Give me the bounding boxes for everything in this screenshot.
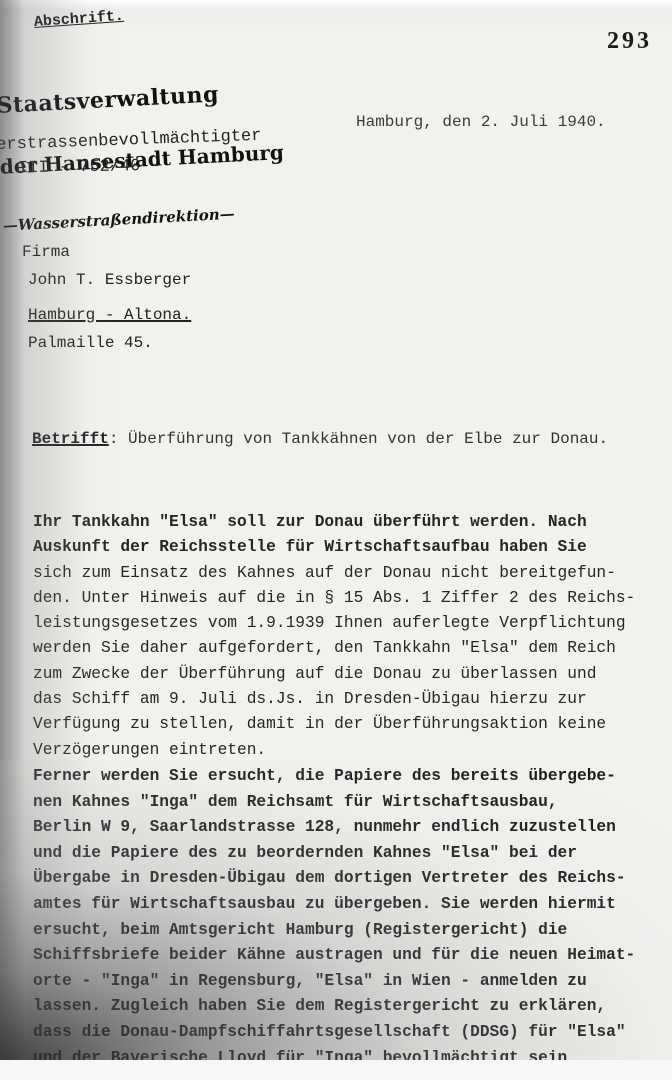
body-line: das Schiff am 9. Juli ds.Js. in Dresden-…: [33, 687, 635, 712]
addressee-salutation: Firma: [22, 243, 70, 261]
body-line: Ferner werden Sie ersucht, die Papiere d…: [33, 764, 635, 790]
body-line: nen Kahnes "Inga" dem Reichsamt für Wirt…: [33, 790, 635, 816]
body-line: den. Unter Hinweis auf die in § 15 Abs. …: [33, 586, 635, 611]
body-line: Auskunft der Reichsstelle für Wirtschaft…: [33, 535, 635, 560]
subject-label: Betrifft: [32, 430, 109, 448]
letterhead-line-3: —Wasserstraßendirektion—: [2, 201, 287, 236]
body-line: leistungsgesetzes vom 1.9.1939 Ihnen auf…: [33, 611, 635, 636]
body-line: sich zum Einsatz des Kahnes auf der Dona…: [33, 561, 635, 586]
body-line: Berlin W 9, Saarlandstrasse 128, nunmehr…: [33, 815, 635, 841]
copy-mark: Abschrift.: [33, 8, 124, 31]
date-line: Hamburg, den 2. Juli 1940.: [356, 113, 606, 131]
addressee-name: John T. Essberger: [28, 271, 191, 289]
body-line: Verfügung zu stellen, damit in der Überf…: [33, 712, 635, 737]
body-line: dass die Donau-Dampfschiffahrtsgesellsch…: [33, 1020, 635, 1046]
body-line: Verzögerungen eintreten.: [33, 738, 635, 763]
page-number: 293: [607, 28, 652, 55]
addressee-city: Hamburg - Altona.: [28, 306, 191, 324]
addressee-street: Palmaille 45.: [28, 334, 153, 352]
letterhead-line-1: Staatsverwaltung: [0, 79, 281, 118]
subject-text: : Überführung von Tankkähnen von der Elb…: [109, 430, 608, 448]
subject-line: Betrifft: Überführung von Tankkähnen von…: [32, 430, 608, 448]
body-line: amtes für Wirtschaftsausbau zu übergeben…: [33, 892, 635, 918]
body-line: Übergabe in Dresden-Übigau dem dortigen …: [33, 866, 635, 892]
body-line: lassen. Zugleich haben Sie dem Registerg…: [33, 994, 635, 1020]
page-bottom-margin: [0, 1060, 672, 1080]
body-line: orte - "Inga" in Regensburg, "Elsa" in W…: [33, 969, 635, 995]
body-line: Schiffsbriefe beider Kähne austragen und…: [33, 943, 635, 969]
body-line: und die Papiere des zu beordernden Kahne…: [33, 841, 635, 867]
body-line: ersucht, beim Amtsgericht Hamburg (Regis…: [33, 918, 635, 944]
body-line: werden Sie daher aufgefordert, den Tankk…: [33, 636, 635, 661]
body-paragraph-1: Ihr Tankkahn "Elsa" soll zur Donau überf…: [33, 510, 635, 763]
body-line: zum Zwecke der Überführung auf die Donau…: [33, 662, 635, 687]
body-paragraph-2: Ferner werden Sie ersucht, die Papiere d…: [33, 764, 635, 1071]
body-line: Ihr Tankkahn "Elsa" soll zur Donau überf…: [33, 510, 635, 535]
reference-number: III - 752/40 -: [18, 157, 161, 178]
